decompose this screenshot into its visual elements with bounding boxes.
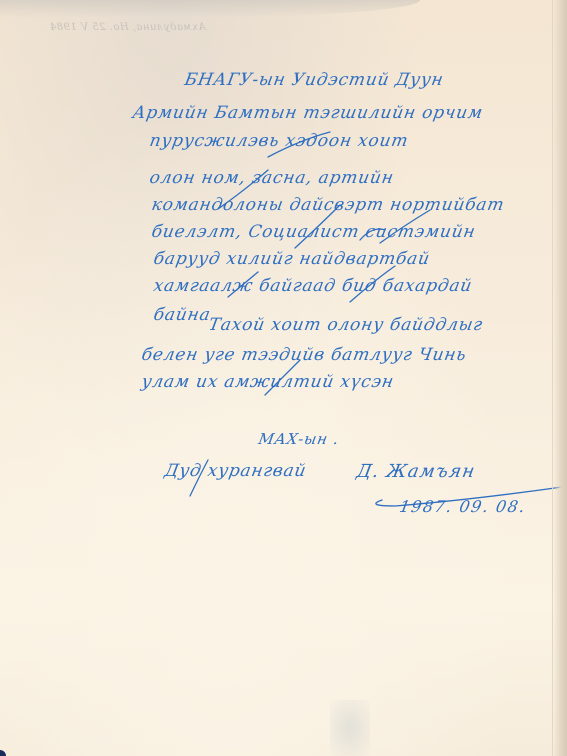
pen-strokes <box>0 0 567 756</box>
signature-date: 1987. 09. 08. <box>398 497 528 516</box>
signature-name: Д. Жамъян <box>355 461 477 482</box>
signature-title: Дуд хурангвай <box>163 461 308 481</box>
paper-stain <box>330 700 370 756</box>
handwritten-letter: БНАГУ-ын Уидэстий Дуун Армийн Бамтын тэг… <box>0 0 567 756</box>
signature-organization: МАХ-ын . <box>257 430 341 448</box>
document-page: Ахмадулина, Но. 25 V 1984 БНАГУ-ын Уидэс… <box>0 0 567 756</box>
